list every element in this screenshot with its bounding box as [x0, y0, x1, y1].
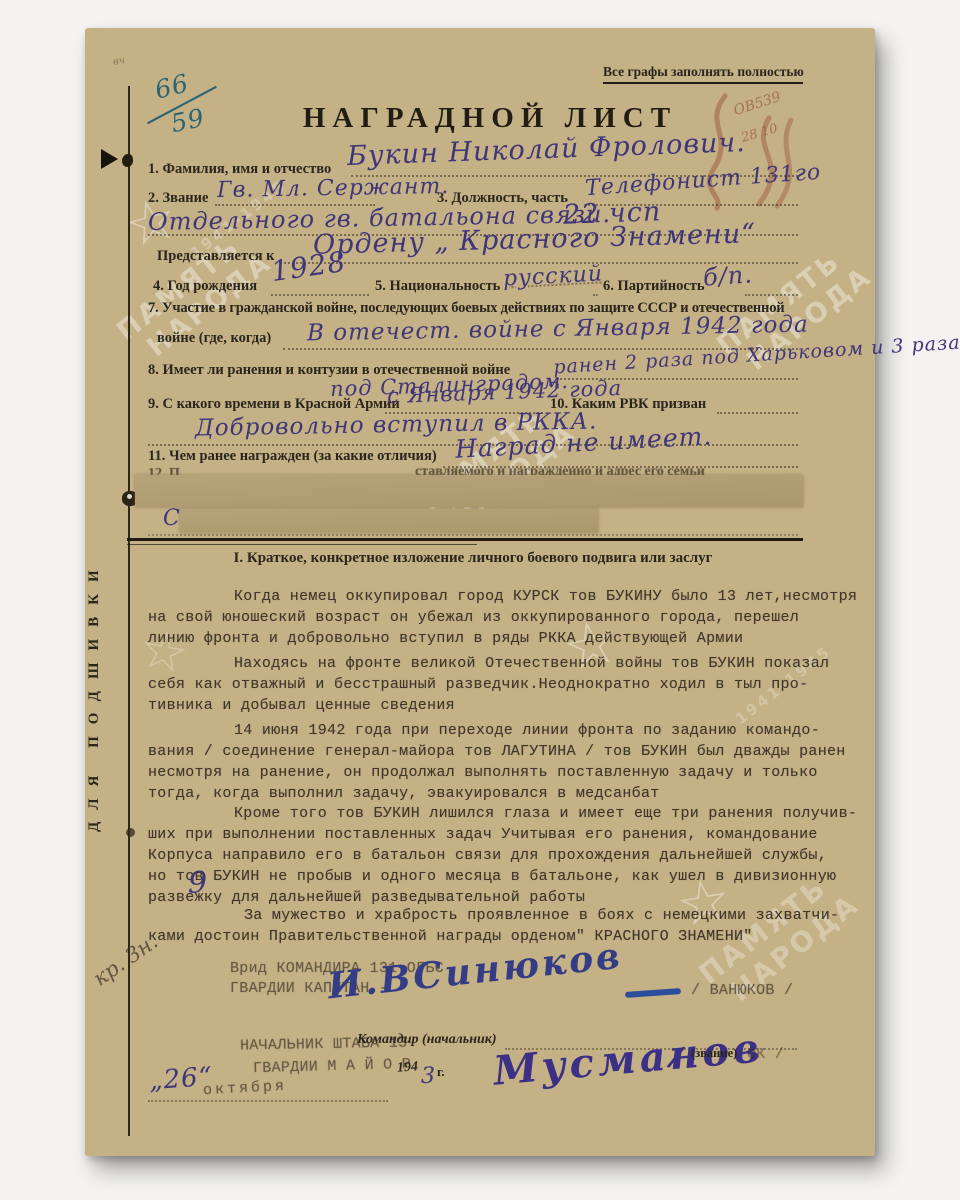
- date-month: октября: [203, 1076, 288, 1101]
- commander-printed-label: Командир (начальник): [357, 1032, 497, 1048]
- section-divider-rule: [127, 538, 803, 541]
- signature2-typed-name-fragment: ОК /: [747, 1044, 784, 1065]
- form-field-1-label: 1. Фамилия, имя и отчество: [148, 161, 331, 178]
- redaction-block: [180, 509, 598, 533]
- form-field-6-value: б/п.: [702, 260, 754, 291]
- registry-number-lower: 59: [168, 103, 207, 138]
- registry-number-upper: 66: [152, 68, 192, 104]
- scanned-document-sheet: ☆ 1941-1945 ПАМЯТЬ НАРОДА ПАМЯТЬ НАРОДА …: [85, 28, 875, 1156]
- dotted-line: [148, 534, 798, 536]
- form-field-2-value: Гв. Мл. Сержант.: [217, 174, 450, 203]
- margin-vertical-rule: [128, 86, 130, 1136]
- dotted-line: [717, 412, 798, 414]
- citation-paragraph: Когда немец оккупировал город КУРСК тов …: [148, 586, 858, 649]
- form-field-9-label: 9. С какого времени в Красной Армии: [148, 396, 400, 413]
- scan-edge-triangle: [101, 149, 118, 169]
- date-year-printed: 194: [396, 1059, 418, 1076]
- form-field-4-value: 1928: [269, 245, 348, 288]
- punch-hole: [122, 154, 133, 167]
- dotted-line: [271, 294, 369, 296]
- citation-paragraph: Кроме того тов БУКИН лишился глаза и име…: [148, 803, 858, 908]
- rank-printed-label: (звание): [691, 1046, 737, 1061]
- citation-paragraph: За мужество и храбрость проявленное в бо…: [148, 905, 858, 947]
- form-field-11-label: 11. Чем ранее награжден (за какие отличи…: [148, 448, 437, 465]
- stray-ink-mark: 9: [188, 866, 208, 901]
- corner-pencil-mark: вч: [112, 55, 126, 68]
- form-field-12-handwritten-fragment: С: [163, 506, 181, 531]
- form-field-2-label: 2. Звание: [148, 190, 208, 207]
- citation-paragraph: 14 июня 1942 года при переходе линии фро…: [148, 720, 858, 804]
- form-field-5-value: русский: [502, 261, 603, 291]
- presented-for-label: Представляется к: [157, 248, 275, 265]
- dotted-line: [148, 1100, 388, 1102]
- form-field-7-label-line2: войне (где, когда): [157, 330, 271, 347]
- punch-hole-highlight: [127, 494, 132, 499]
- dotted-line: [745, 294, 798, 296]
- punch-hole: [126, 828, 135, 837]
- form-field-5-label: 5. Национальность: [375, 278, 500, 295]
- citation-paragraph: Находясь на фронте великой Отечественной…: [148, 653, 858, 716]
- watermark-text: ПАМЯТЬ НАРОДА: [111, 222, 278, 371]
- signature1-typed-name: / ВАНЮКОВ /: [691, 980, 793, 1001]
- filing-margin-label: ДЛЯ ПОДШИВКИ: [86, 420, 103, 832]
- signature1-ink-dash: [625, 988, 681, 998]
- form-field-6-label: 6. Партийность: [603, 278, 705, 295]
- dotted-line: [593, 294, 598, 296]
- date-year-suffix: г.: [437, 1064, 445, 1080]
- section1-heading: I. Краткое, конкретное изложение личного…: [148, 550, 798, 567]
- redaction-block: [135, 475, 803, 507]
- date-year-digit: 3: [421, 1064, 436, 1089]
- section-divider-rule-thin: [127, 544, 477, 545]
- form-field-4-label: 4. Год рождения: [153, 278, 257, 295]
